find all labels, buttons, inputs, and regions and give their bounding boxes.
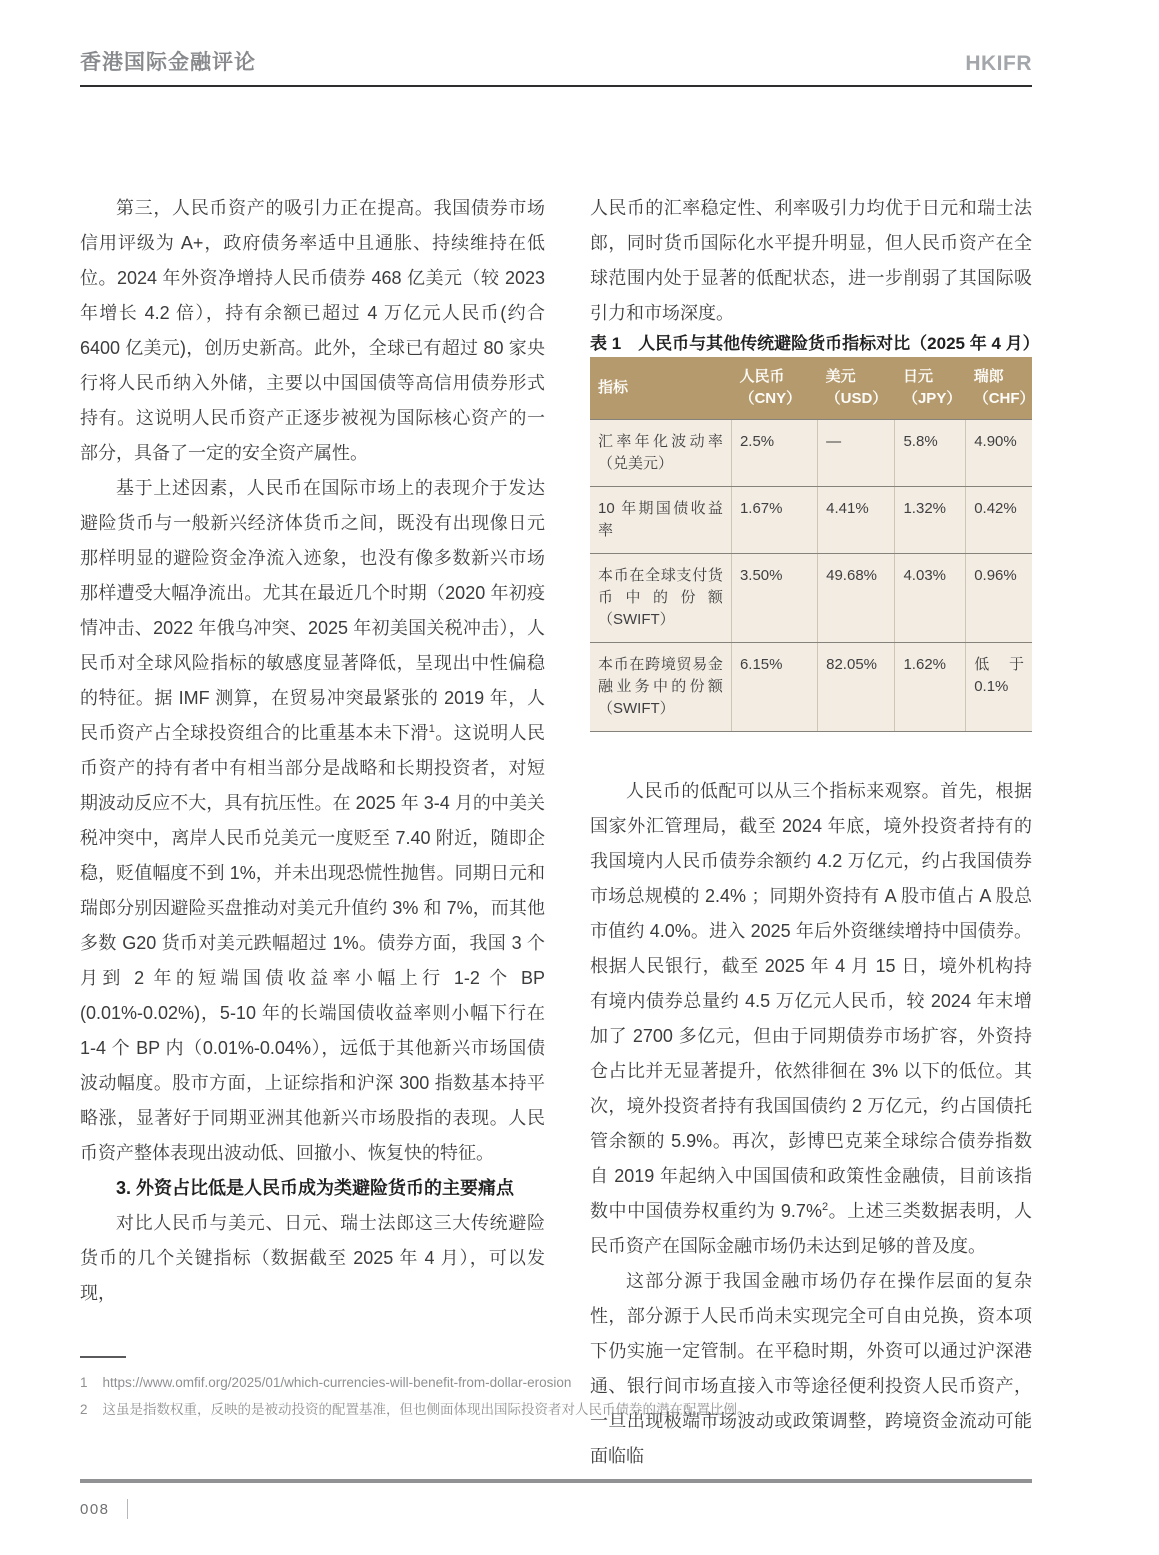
paragraph: 人民币的汇率稳定性、利率吸引力均优于日元和瑞士法郎，同时货币国际化水平提升明显，… <box>590 191 1032 331</box>
table-cell: 低于 0.1% <box>966 643 1032 732</box>
table-cell: 5.8% <box>895 420 966 487</box>
column-header: 美元（USD） <box>818 357 895 420</box>
currency-comparison-table: 指标 人民币（CNY） 美元（USD） 日元（JPY） 瑞郎（CHF） 汇率年化… <box>590 357 1032 732</box>
footnote-divider <box>80 1356 126 1358</box>
table-cell: 4.90% <box>966 420 1032 487</box>
table-cell: 2.5% <box>731 420 817 487</box>
table-cell: 3.50% <box>731 554 817 643</box>
table-cell: 10 年期国债收益率 <box>590 487 731 554</box>
table-header-row: 指标 人民币（CNY） 美元（USD） 日元（JPY） 瑞郎（CHF） <box>590 357 1032 420</box>
column-header: 指标 <box>590 357 731 420</box>
right-column: 人民币的汇率稳定性、利率吸引力均优于日元和瑞士法郎，同时货币国际化水平提升明显，… <box>590 191 1032 1474</box>
footnote-number: 1 <box>80 1369 88 1396</box>
column-header: 瑞郎（CHF） <box>966 357 1032 420</box>
footnotes-section: 1 https://www.omfif.org/2025/01/which-cu… <box>80 1356 1032 1423</box>
document-page: 香港国际金融评论 HKIFR 第三，人民币资产的吸引力正在提高。我国债券市场信用… <box>0 0 1159 1555</box>
left-column: 第三，人民币资产的吸引力正在提高。我国债券市场信用评级为 A+，政府债务率适中且… <box>80 191 545 1311</box>
table-cell: 本币在跨境贸易金融业务中的份额（SWIFT） <box>590 643 731 732</box>
footer-divider <box>80 1479 1032 1483</box>
paragraph: 人民币的低配可以从三个指标来观察。首先，根据国家外汇管理局，截至 2024 年底… <box>590 774 1032 1264</box>
table-cell: 1.62% <box>895 643 966 732</box>
paragraph-text: 基于上述因素，人民币在国际市场上的表现介于发达避险货币与一般新兴经济体货币之间，… <box>80 478 545 743</box>
table-title: 表 1 人民币与其他传统避险货币指标对比（2025 年 4 月） <box>590 331 1032 357</box>
table-cell: 本币在全球支付货币中的份额（SWIFT） <box>590 554 731 643</box>
paragraph-text: 。这说明人民币资产的持有者中有相当部分是战略和长期投资者，对短期波动反应不大，具… <box>80 723 545 1163</box>
paragraph-text: 人民币的低配可以从三个指标来观察。首先，根据国家外汇管理局，截至 2024 年底… <box>590 781 1032 1221</box>
table-row: 汇率年化波动率（兑美元） 2.5% — 5.8% 4.90% <box>590 420 1032 487</box>
footnote: 1 https://www.omfif.org/2025/01/which-cu… <box>80 1369 1032 1396</box>
table-cell: 82.05% <box>818 643 895 732</box>
column-header: 日元（JPY） <box>895 357 966 420</box>
paragraph: 第三，人民币资产的吸引力正在提高。我国债券市场信用评级为 A+，政府债务率适中且… <box>80 191 545 471</box>
table-cell: — <box>818 420 895 487</box>
journal-abbreviation: HKIFR <box>965 52 1032 76</box>
table-cell: 6.15% <box>731 643 817 732</box>
table-cell: 49.68% <box>818 554 895 643</box>
section-heading: 3. 外资占比低是人民币成为类避险货币的主要痛点 <box>80 1171 545 1206</box>
page-footer: 008 <box>80 1497 128 1521</box>
table-row: 10 年期国债收益率 1.67% 4.41% 1.32% 0.42% <box>590 487 1032 554</box>
footnote: 2 这虽是指数权重，反映的是被动投资的配置基准，但也侧面体现出国际投资者对人民币… <box>80 1396 1032 1423</box>
table-cell: 1.67% <box>731 487 817 554</box>
journal-title: 香港国际金融评论 <box>80 46 256 76</box>
table-cell: 0.96% <box>966 554 1032 643</box>
table-row: 本币在跨境贸易金融业务中的份额（SWIFT） 6.15% 82.05% 1.62… <box>590 643 1032 732</box>
table-cell: 0.42% <box>966 487 1032 554</box>
footnote-url[interactable]: https://www.omfif.org/2025/01/which-curr… <box>103 1369 1032 1396</box>
column-header: 人民币（CNY） <box>731 357 817 420</box>
table-cell: 4.41% <box>818 487 895 554</box>
footnote-number: 2 <box>80 1396 88 1423</box>
table-cell: 4.03% <box>895 554 966 643</box>
paragraph: 基于上述因素，人民币在国际市场上的表现介于发达避险货币与一般新兴经济体货币之间，… <box>80 471 545 1171</box>
footnote-text: 这虽是指数权重，反映的是被动投资的配置基准，但也侧面体现出国际投资者对人民币债券… <box>103 1396 1032 1423</box>
page-number: 008 <box>80 1501 110 1518</box>
table-row: 本币在全球支付货币中的份额（SWIFT） 3.50% 49.68% 4.03% … <box>590 554 1032 643</box>
page-header: 香港国际金融评论 HKIFR <box>80 46 1032 87</box>
page-number-divider <box>127 1499 128 1519</box>
paragraph: 对比人民币与美元、日元、瑞士法郎这三大传统避险货币的几个关键指标（数据截至 20… <box>80 1206 545 1311</box>
table-cell: 汇率年化波动率（兑美元） <box>590 420 731 487</box>
table-cell: 1.32% <box>895 487 966 554</box>
